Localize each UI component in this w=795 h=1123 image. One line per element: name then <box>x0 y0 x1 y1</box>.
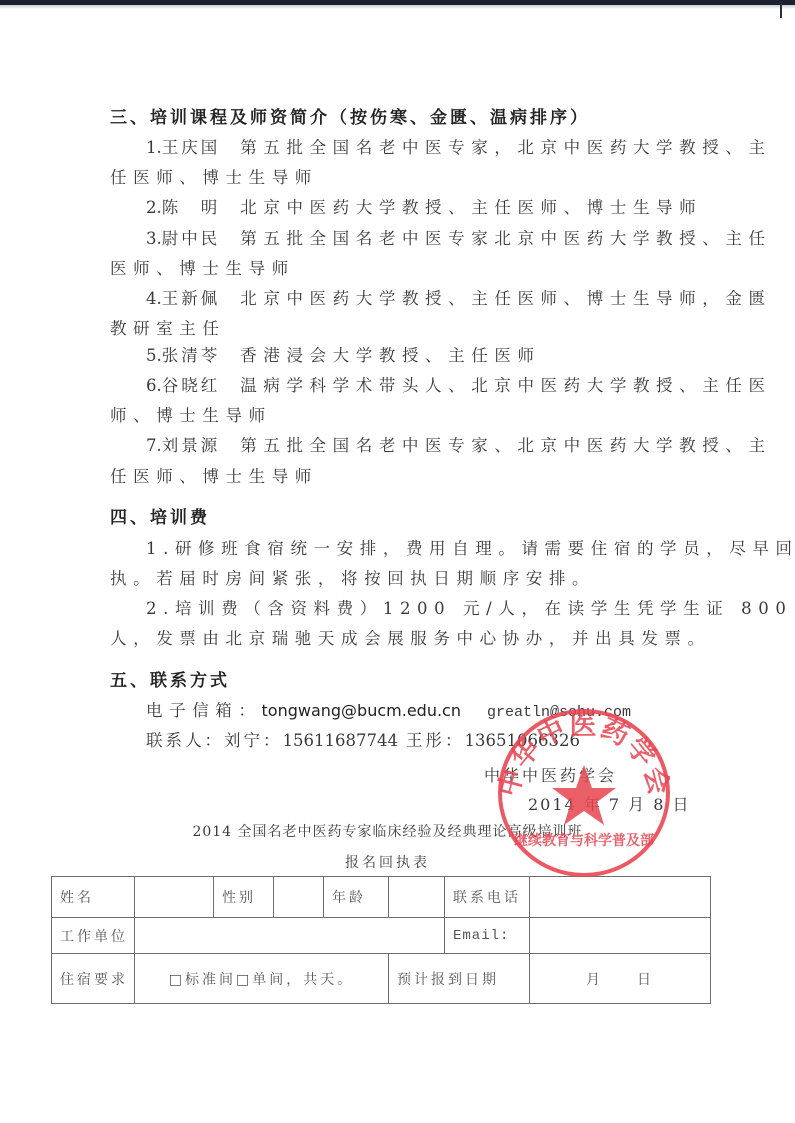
form-subtitle: 报名回执表 <box>0 852 795 872</box>
section5-heading: 五、联系方式 <box>110 671 670 691</box>
label-arrival: 预计报到日期 <box>389 954 530 1004</box>
instructor-num: 5. <box>146 346 162 365</box>
table-row: 工作单位 Email: <box>52 918 711 954</box>
instructor-6: 6.谷晓红温病学科学术带头人、北京中医药大学教授、主任医 <box>146 376 706 396</box>
instructor-desc: 香港浸会大学教授、主任医师 <box>240 346 540 365</box>
table-row: 姓名 性别 年龄 联系电话 <box>52 877 711 918</box>
instructor-num: 3. <box>146 229 162 248</box>
input-email[interactable] <box>530 918 711 954</box>
input-age[interactable] <box>389 877 445 918</box>
instructor-1-cont: 任医师、博士生导师 <box>110 168 670 188</box>
instructor-desc: 第五批全国名老中医专家北京中医药大学教授、主任 <box>240 229 771 248</box>
instructor-num: 1. <box>146 138 162 157</box>
label-name: 姓名 <box>52 877 135 918</box>
svg-text:中华中医药学会: 中华中医药学会 <box>494 710 674 799</box>
fee-para-1: 1.研修班食宿统一安排，费用自理。请需要住宿的学员，尽早回 <box>146 539 706 559</box>
instructor-name: 谷晓红 <box>162 376 221 395</box>
label-email: Email: <box>445 918 530 954</box>
instructor-name: 刘景源 <box>162 436 221 455</box>
contact-2-name: 王彤： <box>406 731 465 750</box>
instructor-name: 陈 明 <box>162 198 221 217</box>
email-line: 电子信箱：tongwang@bucm.edu.cngreatln@sohu.co… <box>146 701 706 723</box>
fee-para-2: 2.培训费（含资料费）1200 元/人，在读学生凭学生证 800 元/ <box>146 599 706 619</box>
instructor-7: 7.刘景源第五批全国名老中医专家、北京中医药大学教授、主 <box>146 436 706 456</box>
instructor-name: 王庆国 <box>162 138 221 157</box>
contact-1-phone: 15611687744 <box>283 731 398 750</box>
instructor-5: 5.张清苓香港浸会大学教授、主任医师 <box>146 346 706 366</box>
input-workplace[interactable] <box>135 918 445 954</box>
contact-line: 联系人：刘宁：15611687744王彤：13651066326 <box>146 731 706 751</box>
fee-para-1-cont: 执。若届时房间紧张，将按回执日期顺序安排。 <box>110 569 670 589</box>
contact-2-phone: 13651066326 <box>464 731 579 750</box>
instructor-num: 6. <box>146 376 162 395</box>
lodging-options[interactable]: □标准间□单间，共天。 <box>135 954 389 1004</box>
input-name[interactable] <box>135 877 214 918</box>
instructor-num: 2. <box>146 198 162 217</box>
signature-org: 中华中医药学会 <box>484 763 617 786</box>
instructor-num: 4. <box>146 289 162 308</box>
instructor-desc: 第五批全国名老中医专家，北京中医药大学教授、主 <box>240 138 771 157</box>
label-phone: 联系电话 <box>445 877 530 918</box>
registration-table: 姓名 性别 年龄 联系电话 工作单位 Email: 住宿要求 □标准间□单间，共… <box>51 876 711 1004</box>
label-workplace: 工作单位 <box>52 918 135 954</box>
instructor-desc: 北京中医药大学教授、主任医师、博士生导师 <box>240 198 702 217</box>
email-label: 电子信箱： <box>146 701 262 720</box>
label-age: 年龄 <box>324 877 389 918</box>
signature-date: 2014 年 7 月 8 日 <box>528 792 691 815</box>
document-page: 三、培训课程及师资简介（按伤寒、金匮、温病排序） 1.王庆国第五批全国名老中医专… <box>0 0 795 1123</box>
form-title: 2014 全国名老中医药专家临床经验及经典理论高级培训班 <box>0 821 795 841</box>
instructor-num: 7. <box>146 436 162 455</box>
contact-label: 联系人： <box>146 731 224 750</box>
instructor-name: 尉中民 <box>162 229 221 248</box>
instructor-desc: 第五批全国名老中医专家、北京中医药大学教授、主 <box>240 436 771 455</box>
instructor-3-cont: 医师、博士生导师 <box>110 259 670 279</box>
instructor-4-cont: 教研室主任 <box>110 319 670 339</box>
input-phone[interactable] <box>530 877 711 918</box>
instructor-desc: 北京中医药大学教授、主任医师、博士生导师，金匮 <box>240 289 771 308</box>
input-arrival-date[interactable]: 月 日 <box>530 954 711 1004</box>
section4-heading: 四、培训费 <box>110 508 670 528</box>
instructor-7-cont: 任医师、博士生导师 <box>110 467 670 487</box>
contact-1-name: 刘宁： <box>224 731 283 750</box>
instructor-1: 1.王庆国第五批全国名老中医专家，北京中医药大学教授、主 <box>146 138 706 158</box>
instructor-4: 4.王新佩北京中医药大学教授、主任医师、博士生导师，金匮 <box>146 289 706 309</box>
instructor-desc: 温病学科学术带头人、北京中医药大学教授、主任医 <box>240 376 771 395</box>
instructor-name: 张清苓 <box>162 346 221 365</box>
instructor-2: 2.陈 明北京中医药大学教授、主任医师、博士生导师 <box>146 198 706 218</box>
table-row: 住宿要求 □标准间□单间，共天。 预计报到日期 月 日 <box>52 954 711 1004</box>
instructor-6-cont: 师、博士生导师 <box>110 406 670 426</box>
label-gender: 性别 <box>214 877 274 918</box>
email-link-2[interactable]: greatln@sohu.com <box>487 704 631 721</box>
input-gender[interactable] <box>274 877 324 918</box>
section3-heading: 三、培训课程及师资简介（按伤寒、金匮、温病排序） <box>110 108 670 128</box>
instructor-name: 王新佩 <box>162 289 221 308</box>
fee-para-2-cont: 人，发票由北京瑞驰天成会展服务中心协办，并出具发票。 <box>110 629 670 649</box>
label-lodging: 住宿要求 <box>52 954 135 1004</box>
email-link-1[interactable]: tongwang@bucm.edu.cn <box>262 701 461 720</box>
instructor-3: 3.尉中民第五批全国名老中医专家北京中医药大学教授、主任 <box>146 229 706 249</box>
